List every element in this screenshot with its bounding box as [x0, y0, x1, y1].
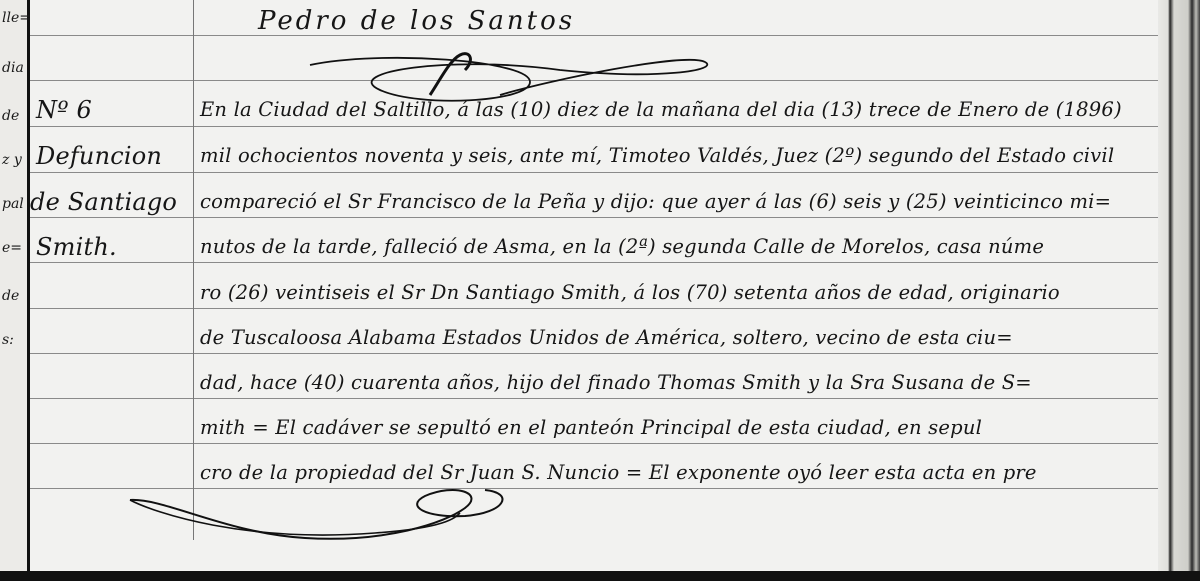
record-body-line: de Tuscaloosa Alabama Estados Unidos de …	[200, 326, 1190, 349]
record-title-line-3: Smith.	[36, 233, 117, 261]
margin-fragment: e=	[2, 240, 22, 256]
ruled-line	[30, 443, 1158, 444]
margin-fragment: z y	[2, 152, 22, 168]
ruled-line	[30, 172, 1158, 173]
record-title-line-1: Defuncion	[36, 142, 162, 170]
margin-fragment: de	[2, 108, 19, 124]
record-body-line: mith = El cadáver se sepultó en el pante…	[200, 416, 1190, 439]
ruled-line	[30, 262, 1158, 263]
record-body-line: compareció el Sr Francisco de la Peña y …	[200, 190, 1190, 213]
ruled-line	[30, 126, 1158, 127]
ruled-line	[30, 353, 1158, 354]
ruled-line	[30, 217, 1158, 218]
margin-fragment: pal	[2, 196, 24, 212]
ruled-line	[30, 398, 1158, 399]
registry-page: lle= dia de z y pal e= de s: Pedro de lo…	[0, 0, 1200, 581]
record-body-line: ro (26) veintiseis el Sr Dn Santiago Smi…	[200, 281, 1190, 304]
ruled-line	[30, 35, 1158, 36]
record-body-line: nutos de la tarde, falleció de Asma, en …	[200, 235, 1190, 258]
bottom-flourish-icon	[125, 488, 545, 558]
officiant-name-header: Pedro de los Santos	[258, 6, 575, 36]
book-spine-edge	[1158, 0, 1200, 581]
record-body-line: dad, hace (40) cuarenta años, hijo del f…	[200, 371, 1190, 394]
record-title-line-2: de Santiago	[30, 188, 177, 216]
record-body-line: cro de la propiedad del Sr Juan S. Nunci…	[200, 461, 1190, 484]
record-body-line: mil ochocientos noventa y seis, ante mí,…	[200, 144, 1190, 167]
margin-fragment: dia	[2, 60, 24, 76]
margin-fragment: de	[2, 288, 19, 304]
page-bottom-edge	[0, 571, 1200, 581]
record-body-line: En la Ciudad del Saltillo, á las (10) di…	[200, 98, 1190, 121]
margin-fragment: lle=	[2, 10, 31, 26]
margin-fragment: s:	[2, 332, 14, 348]
ruled-line	[30, 308, 1158, 309]
column-divider	[193, 0, 194, 540]
record-number: Nº 6	[36, 96, 92, 124]
left-page-strip: lle= dia de z y pal e= de s:	[0, 0, 30, 581]
